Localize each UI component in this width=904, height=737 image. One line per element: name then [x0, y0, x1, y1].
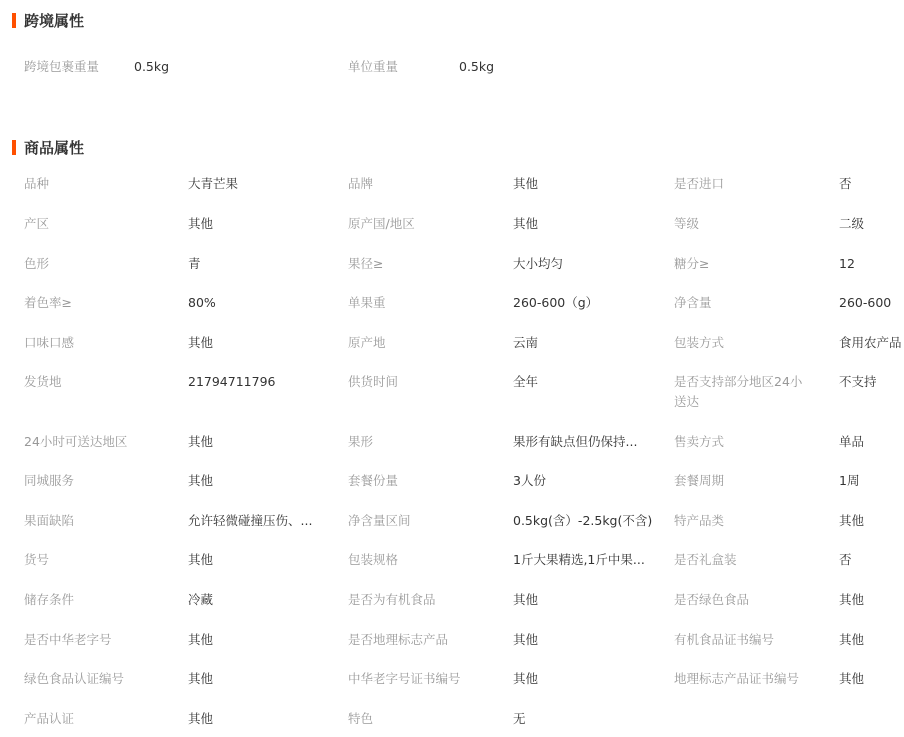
attr-label: 是否绿色食品: [674, 590, 814, 610]
attr-label: 糖分≥: [674, 254, 814, 274]
attr-value: 其他: [188, 471, 213, 491]
attr-value: 大小均匀: [513, 254, 563, 274]
attr-label: 售卖方式: [674, 432, 814, 452]
attr-label: 地理标志产品证书编号: [674, 669, 814, 689]
attr-value: 食用农产品: [839, 333, 902, 353]
attr-value: 其他: [513, 214, 538, 234]
attr-label: 绿色食品认证编号: [24, 669, 174, 689]
attr-value: 青: [188, 254, 201, 274]
attr-label: 色形: [24, 254, 174, 274]
attr-label: 特色: [348, 709, 498, 729]
attr-value: 0.5kg: [134, 57, 169, 77]
attr-value: 其他: [188, 214, 213, 234]
attr-label: 原产国/地区: [348, 214, 498, 234]
attr-value: 冷藏: [188, 590, 213, 610]
attr-value: 其他: [513, 630, 538, 650]
attr-label: 是否进口: [674, 174, 814, 194]
attr-label: 有机食品证书编号: [674, 630, 814, 650]
attr-value: 其他: [188, 669, 213, 689]
attr-value: 其他: [839, 669, 864, 689]
attr-label: 包装规格: [348, 550, 498, 570]
attr-value: 其他: [513, 174, 538, 194]
attr-label: 包装方式: [674, 333, 814, 353]
attr-label: 货号: [24, 550, 174, 570]
attr-label: 同城服务: [24, 471, 174, 491]
attr-value: 1斤大果精选,1斤中果...: [513, 550, 645, 570]
attr-value: 二级: [839, 214, 864, 234]
attr-value: 其他: [513, 590, 538, 610]
attr-value: 允许轻微碰撞压伤、...: [188, 511, 312, 531]
cross-border-title-text: 跨境属性: [24, 10, 84, 31]
attr-label: 套餐周期: [674, 471, 814, 491]
attr-value: 80%: [188, 293, 216, 313]
attr-value: 其他: [188, 550, 213, 570]
attr-label: 单位重量: [348, 57, 398, 77]
attr-label: 特产品类: [674, 511, 814, 531]
attr-value: 全年: [513, 372, 538, 392]
attr-label: 产品认证: [24, 709, 174, 729]
attr-label: 原产地: [348, 333, 498, 353]
attr-label: 套餐份量: [348, 471, 498, 491]
attr-value: 否: [839, 550, 852, 570]
attr-label: 储存条件: [24, 590, 174, 610]
attr-label: 口味口感: [24, 333, 174, 353]
attr-label: 着色率≥: [24, 293, 174, 313]
attr-value: 其他: [188, 709, 213, 729]
attr-label: 发货地: [24, 372, 174, 392]
attr-label: 24小时可送达地区: [24, 432, 174, 452]
attr-label: 品牌: [348, 174, 498, 194]
attr-label: 供货时间: [348, 372, 498, 392]
attr-value: 其他: [188, 630, 213, 650]
cross-border-section-title: 跨境属性: [12, 11, 84, 29]
product-title-text: 商品属性: [24, 137, 84, 158]
attr-value: 260-600: [839, 293, 891, 313]
attr-label: 是否礼盒装: [674, 550, 814, 570]
attr-label: 跨境包裹重量: [24, 57, 99, 77]
attr-value: 不支持: [839, 372, 877, 392]
attr-value: 云南: [513, 333, 538, 353]
attr-value: 否: [839, 174, 852, 194]
attr-value: 21794711796: [188, 372, 275, 392]
attr-value: 大青芒果: [188, 174, 238, 194]
attr-label: 等级: [674, 214, 814, 234]
attr-value: 其他: [188, 432, 213, 452]
attr-value: 无: [513, 709, 526, 729]
attr-value: 其他: [839, 590, 864, 610]
attr-value: 3人份: [513, 471, 546, 491]
attr-label: 是否为有机食品: [348, 590, 498, 610]
attr-value: 260-600（g）: [513, 293, 598, 313]
attr-value: 其他: [839, 630, 864, 650]
section-accent-bar: [12, 140, 16, 155]
attr-label: 是否中华老字号: [24, 630, 174, 650]
product-section-title: 商品属性: [12, 138, 84, 156]
attr-value: 单品: [839, 432, 864, 452]
attr-label: 净含量区间: [348, 511, 498, 531]
attr-value: 果形有缺点但仍保持...: [513, 432, 637, 452]
attr-label: 单果重: [348, 293, 498, 313]
attr-value: 1周: [839, 471, 859, 491]
attr-label: 中华老字号证书编号: [348, 669, 498, 689]
attr-value: 其他: [513, 669, 538, 689]
attr-value: 12: [839, 254, 855, 274]
attr-label: 果面缺陷: [24, 511, 174, 531]
attr-label: 是否地理标志产品: [348, 630, 498, 650]
attr-value: 其他: [839, 511, 864, 531]
attr-value: 0.5kg: [459, 57, 494, 77]
attr-label: 品种: [24, 174, 174, 194]
attr-value: 0.5kg(含）-2.5kg(不含): [513, 511, 652, 531]
attr-label: 是否支持部分地区24小送达: [674, 372, 814, 412]
attr-label: 果形: [348, 432, 498, 452]
attr-label: 净含量: [674, 293, 814, 313]
attr-value: 其他: [188, 333, 213, 353]
attr-label: 果径≥: [348, 254, 498, 274]
attr-label: 产区: [24, 214, 174, 234]
section-accent-bar: [12, 13, 16, 28]
